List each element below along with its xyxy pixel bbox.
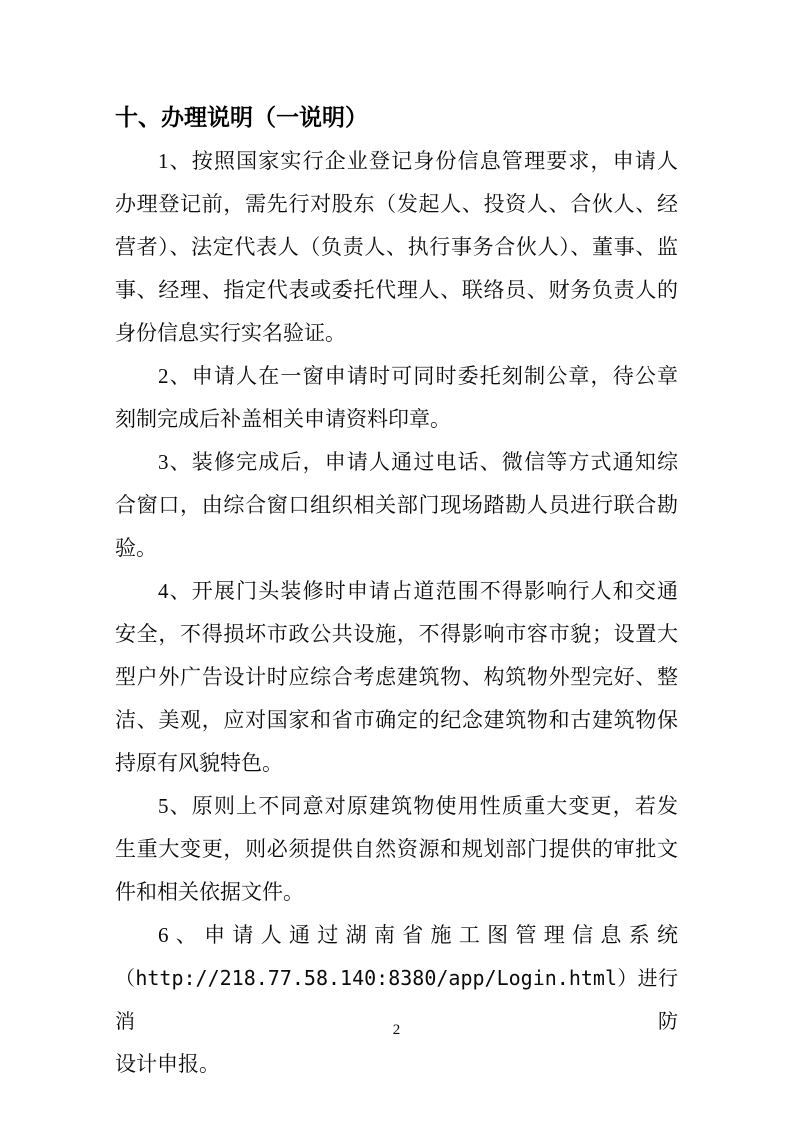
paragraph-5-line: 生重大变更，则必须提供自然资源和规划部门提供的审批文 <box>115 828 678 871</box>
paragraph-6-line: 6、申请人通过湖南省施工图管理信息系统 <box>115 914 678 957</box>
document-body: 十、办理说明（一说明） 1、按照国家实行企业登记身份信息管理要求，申请人 办理登… <box>115 95 678 1086</box>
paragraph-4-line: 安全，不得损坏市政公共设施，不得影响市容市貌；设置大 <box>115 613 678 656</box>
paragraph-1-line: 营者）、法定代表人（负责人、执行事务合伙人）、董事、监 <box>115 226 678 269</box>
paragraph-2-line: 刻制完成后补盖相关申请资料印章。 <box>115 398 678 441</box>
paragraph-1-line: 1、按照国家实行企业登记身份信息管理要求，申请人 <box>115 140 678 183</box>
paragraph-4-line: 持原有风貌特色。 <box>115 742 678 785</box>
paragraph-6-line: 设计申报。 <box>115 1043 678 1086</box>
paragraph-5-line: 件和相关依据文件。 <box>115 871 678 914</box>
paragraph-5-line: 5、原则上不同意对原建筑物使用性质重大变更，若发 <box>115 785 678 828</box>
paragraph-4-line: 型户外广告设计时应综合考虑建筑物、构筑物外型完好、整 <box>115 656 678 699</box>
section-title: 十、办理说明（一说明） <box>115 95 678 140</box>
paragraph-1-line: 办理登记前，需先行对股东（发起人、投资人、合伙人、经 <box>115 183 678 226</box>
page-number: 2 <box>0 1022 793 1039</box>
paragraph-5: 5、原则上不同意对原建筑物使用性质重大变更，若发 生重大变更，则必须提供自然资源… <box>115 785 678 914</box>
document-page: 十、办理说明（一说明） 1、按照国家实行企业登记身份信息管理要求，申请人 办理登… <box>0 0 793 1122</box>
paragraph-3: 3、装修完成后，申请人通过电话、微信等方式通知综 合窗口，由综合窗口组织相关部门… <box>115 441 678 570</box>
paragraph-4-line: 洁、美观，应对国家和省市确定的纪念建筑物和古建筑物保 <box>115 699 678 742</box>
paragraph-1-line: 事、经理、指定代表或委托代理人、联络员、财务负责人的 <box>115 269 678 312</box>
paragraph-3-line: 合窗口，由综合窗口组织相关部门现场踏勘人员进行联合勘 <box>115 484 678 527</box>
paragraph-3-line: 3、装修完成后，申请人通过电话、微信等方式通知综 <box>115 441 678 484</box>
paragraph-6: 6、申请人通过湖南省施工图管理信息系统 （http://218.77.58.14… <box>115 914 678 1086</box>
paragraph-4: 4、开展门头装修时申请占道范围不得影响行人和交通 安全，不得损坏市政公共设施，不… <box>115 570 678 785</box>
paragraph-1-line: 身份信息实行实名验证。 <box>115 312 678 355</box>
paragraph-4-line: 4、开展门头装修时申请占道范围不得影响行人和交通 <box>115 570 678 613</box>
paragraph-1: 1、按照国家实行企业登记身份信息管理要求，申请人 办理登记前，需先行对股东（发起… <box>115 140 678 355</box>
paragraph-2-line: 2、申请人在一窗申请时可同时委托刻制公章，待公章 <box>115 355 678 398</box>
paragraph-2: 2、申请人在一窗申请时可同时委托刻制公章，待公章 刻制完成后补盖相关申请资料印章… <box>115 355 678 441</box>
paragraph-3-line: 验。 <box>115 527 678 570</box>
